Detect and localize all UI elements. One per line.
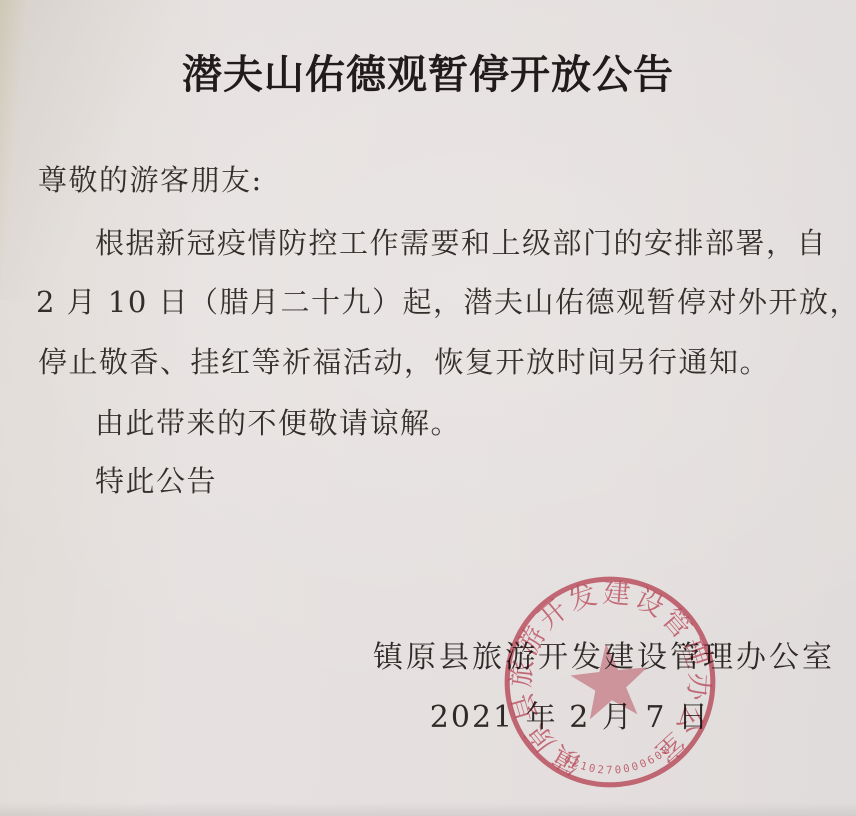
body-line: 停止敬香、挂红等祈福活动，恢复开放时间另行通知。 — [38, 340, 770, 381]
body-line: 根据新冠疫情防控工作需要和上级部门的安排部署，自 — [95, 221, 827, 262]
greeting-line: 尊敬的游客朋友: — [38, 158, 263, 199]
official-seal: 镇原县旅游开发建设管理办公室 6210270000608 — [487, 559, 733, 805]
body-line: 由此带来的不便敬请谅解。 — [95, 401, 461, 442]
official-seal-svg: 镇原县旅游开发建设管理办公室 6210270000608 — [487, 559, 733, 805]
notice-title: 潜夫山佑德观暂停开放公告 — [0, 43, 856, 100]
body-line: 2 月 10 日（腊月二十九）起，潜夫山佑德观暂停对外开放， — [36, 280, 856, 321]
body-line: 特此公告 — [95, 459, 217, 500]
seal-star-icon — [567, 639, 652, 720]
notice-page: 潜夫山佑德观暂停开放公告 尊敬的游客朋友: 根据新冠疫情防控工作需要和上级部门的… — [0, 0, 856, 816]
paper-shading — [0, 802, 856, 816]
